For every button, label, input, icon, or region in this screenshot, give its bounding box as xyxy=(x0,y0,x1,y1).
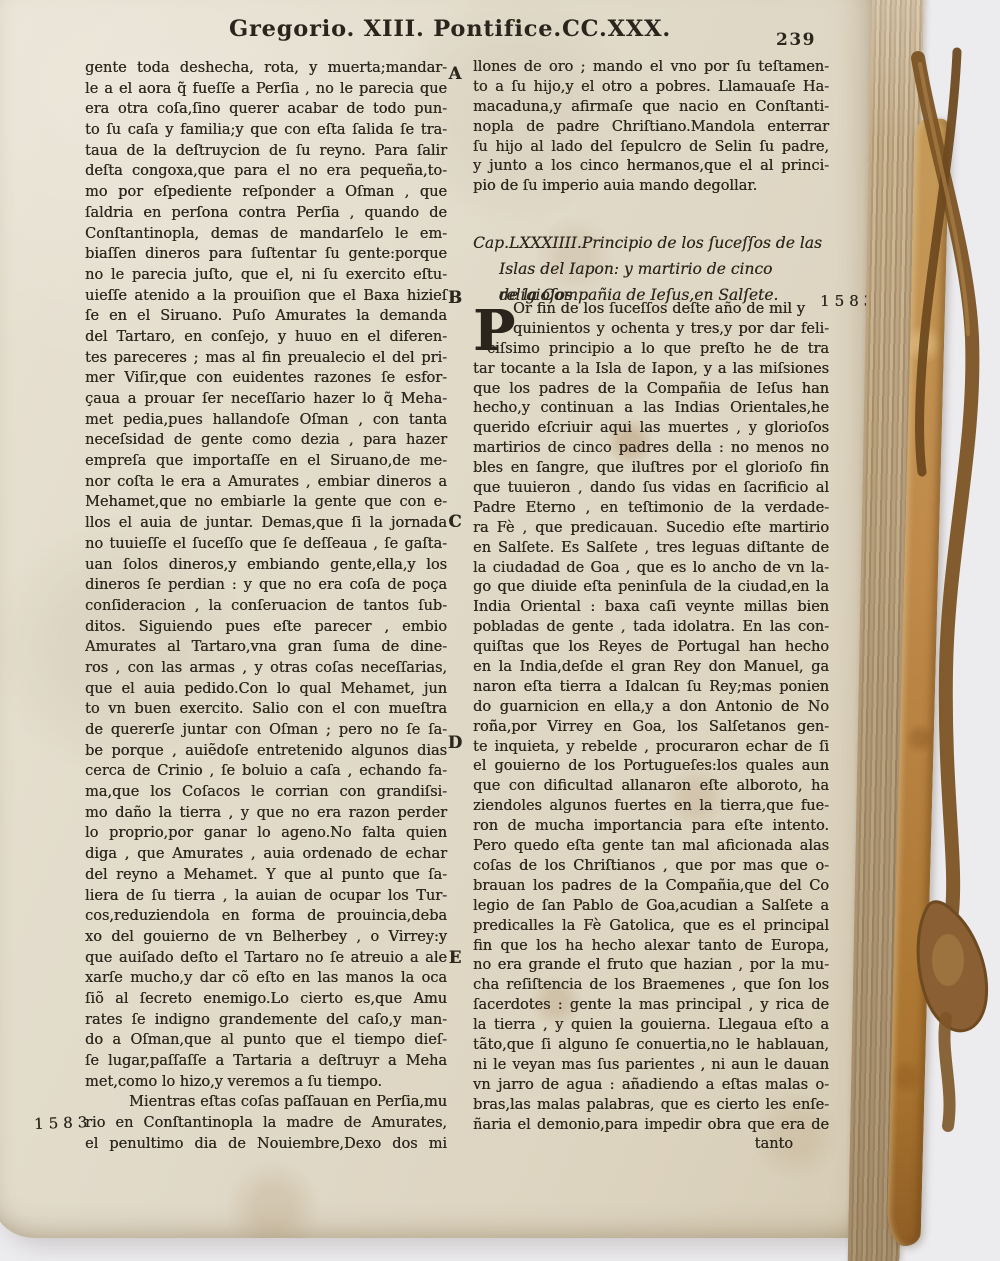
text-line: rio en Conſtantinopla la madre de Amurat… xyxy=(85,1113,447,1134)
text-line: que auiſado deſto el Tartaro no ſe atreu… xyxy=(85,948,447,969)
page-number: 239 xyxy=(776,30,816,50)
text-line: mo por eſpediente reſponder a Oſman , qu… xyxy=(85,182,447,203)
text-line: Pero quedo eſta gente tan mal aficionada… xyxy=(473,837,829,857)
margin-year-left: 1583 xyxy=(34,1113,93,1133)
text-line: ni le veyan mas ſus parientes , ni aun l… xyxy=(473,1056,829,1076)
text-line: tãto,que ſi alguno ſe conuertia,no le ha… xyxy=(473,1036,829,1056)
catchword: tanto xyxy=(473,1136,793,1152)
text-line: coſas de los Chriſtianos , que por mas q… xyxy=(473,857,829,877)
right-paragraph-1: llones de oro ; mando el vno por ſu teſt… xyxy=(473,58,829,197)
text-line: empreſa que importaſſe en el Siruano,de … xyxy=(85,451,447,472)
text-line: ſe en el Siruano. Puſo Amurates la deman… xyxy=(85,306,447,327)
left-paragraph-2: Mientras eſtas coſas paſſauan en Perſia,… xyxy=(85,1092,447,1154)
text-line: legio de ſan Pablo de Goa,acudian a Salſ… xyxy=(473,897,829,917)
text-line: nor coſta le era a Amurates , embiar din… xyxy=(85,472,447,493)
text-line: tar tocante a la Isla de Iapon, y a las … xyxy=(473,360,829,380)
text-line: taua de la deſtruycion de ſu reyno. Para… xyxy=(85,141,447,162)
text-line: brauan los padres de la Compañia,que del… xyxy=(473,877,829,897)
text-line: pio de ſu imperio auia mando degollar. xyxy=(473,177,829,197)
text-line: roña,por Virrey en Goa, los Salſetanos g… xyxy=(473,718,829,738)
text-line: que con dificultad allanaron eſte alboro… xyxy=(473,777,829,797)
text-line: y junto a los cinco hermanos,que el al p… xyxy=(473,157,829,177)
running-title: Gregorio. XIII. Pontifice.CC.XXX. xyxy=(190,16,710,42)
text-line: neceſsidad de gente como dezia , para ha… xyxy=(85,430,447,451)
text-line: ma,que los Coſacos le corrian con grandi… xyxy=(85,782,447,803)
text-line: to a ſu hijo,y el otro a pobres. Llamaua… xyxy=(473,78,829,98)
tie-knot-highlight xyxy=(932,934,964,986)
text-line: cha reſiſtencia de los Braemenes , que ſ… xyxy=(473,976,829,996)
text-line: Padre Eterno , en teſtimonio de la verda… xyxy=(473,499,829,519)
text-line: ſe lugar,paſſaſſe a Tartaria a deſtruyr … xyxy=(85,1051,447,1072)
text-line: la tierra , y quien la gouierna. Llegaua… xyxy=(473,1016,829,1036)
text-line: Amurates al Tartaro,vna gran ſuma de din… xyxy=(85,637,447,658)
text-line: tes pareceres ; mas al fin preualecio el… xyxy=(85,348,447,369)
text-line: nopla de padre Chriſtiano.Mandola enterr… xyxy=(473,118,829,138)
text-line: era otra coſa,ſino querer acabar de todo… xyxy=(85,99,447,120)
right-paragraph-2: Or fin de los ſuceſſos deſte año de mil … xyxy=(473,300,829,1135)
text-line: mer Viſir,que con euidentes razones ſe e… xyxy=(85,368,447,389)
text-line: de quererſe juntar con Oſman ; pero no ſ… xyxy=(85,720,447,741)
text-line: çaua a prouar ſer neceſſario hazer lo q̃… xyxy=(85,389,447,410)
text-line: pobladas de gente , tada idolatra. En la… xyxy=(473,618,829,638)
margin-letter-c: C xyxy=(444,512,466,531)
photo-of-book: { "colors": { "photo_background": "#eceb… xyxy=(0,0,1000,1261)
text-line: ra Fè , que predicauan. Sucedio eſte mar… xyxy=(473,519,829,539)
text-line: cos,reduziendola en forma de prouincia,d… xyxy=(85,906,447,927)
text-line: vn jarro de agua : añadiendo a eſtas mal… xyxy=(473,1076,829,1096)
text-line: ſu hijo al lado del ſepulcro de Selin ſu… xyxy=(473,138,829,158)
text-line: le a el aora q̃ fueſſe a Perſia , no le … xyxy=(85,79,447,100)
text-line: Or fin de los ſuceſſos deſte año de mil … xyxy=(473,300,829,320)
text-line: liera de ſu tierra , la auian de ocupar … xyxy=(85,886,447,907)
text-line: en la India,deſde el gran Rey don Manuel… xyxy=(473,658,829,678)
text-line: Mientras eſtas coſas paſſauan en Perſia,… xyxy=(85,1092,447,1113)
text-line: martirios de cinco padres della : no men… xyxy=(473,439,829,459)
text-line: ros , con las armas , y otras coſas nece… xyxy=(85,658,447,679)
text-line: deſta congoxa,que para el no era pequeña… xyxy=(85,161,447,182)
text-line: el penultimo dia de Nouiembre,Dexo dos m… xyxy=(85,1134,447,1155)
text-line: no le parecia juſto, que el, ni ſu exerc… xyxy=(85,265,447,286)
text-line: met,como lo hizo,y veremos a ſu tiempo. xyxy=(85,1072,447,1093)
text-line: la ciudadad de Goa , que es lo ancho de … xyxy=(473,559,829,579)
text-line: ſiõ al ſecreto enemigo.Lo cierto es,que … xyxy=(85,989,447,1010)
text-line: el gouierno de los Portugueſes:los quale… xyxy=(473,757,829,777)
text-line: biaſſen dineros para ſuſtentar ſu gente:… xyxy=(85,244,447,265)
text-line: no era grande el fruto que hazian , por … xyxy=(473,956,829,976)
margin-letter-d: D xyxy=(444,733,466,752)
text-line: uieſſe atenido a la prouiſion que el Bax… xyxy=(85,286,447,307)
text-line: gente toda deshecha, rota, y muerta;mand… xyxy=(85,58,447,79)
text-line: ciſsimo principio a lo que preſto he de … xyxy=(473,340,829,360)
text-line: go que diuide eſta peninſula de la ciuda… xyxy=(473,578,829,598)
text-line: Mehamet,que no embiarle la gente que con… xyxy=(85,492,447,513)
text-line: llos el auia de juntar. Demas,que ſi la … xyxy=(85,513,447,534)
text-line: cerca de Crinio , ſe boluio a caſa , ech… xyxy=(85,761,447,782)
text-line: llones de oro ; mando el vno por ſu teſt… xyxy=(473,58,829,78)
margin-letter-b: B xyxy=(444,288,466,307)
text-line: ſacerdotes : gente la mas principal , y … xyxy=(473,996,829,1016)
text-line: macaduna,y afirmaſe que nacio en Conſtan… xyxy=(473,98,829,118)
left-text-column: gente toda deshecha, rota, y muerta;mand… xyxy=(85,58,447,1154)
text-line: ſaldria en perſona contra Perſia , quand… xyxy=(85,203,447,224)
text-line: be porque , auiẽdoſe entretenido algunos… xyxy=(85,741,447,762)
text-line: quinientos y ochenta y tres,y por dar fe… xyxy=(473,320,829,340)
text-line: Cap.LXXXIIII.Principio de los ſuceſſos d… xyxy=(473,230,823,256)
text-line: bras,las malas palabras, que es cierto l… xyxy=(473,1096,829,1116)
text-line: naron eſta tierra a Idalcan ſu Rey;mas p… xyxy=(473,678,829,698)
text-line: del Tartaro, en conſejo, y huuo en el di… xyxy=(85,327,447,348)
tie-tail xyxy=(944,1018,949,1126)
text-line: no tuuieſſe el ſuceſſo que ſe deſſeaua ,… xyxy=(85,534,447,555)
text-line: ditos. Siguiendo pues eſte parecer , emb… xyxy=(85,617,447,638)
leather-tie xyxy=(860,30,1000,1230)
text-line: met pedia,pues hallandoſe Oſman , con ta… xyxy=(85,410,447,431)
chapter-heading: Cap.LXXXIIII.Principio de los ſuceſſos d… xyxy=(473,230,823,308)
text-line: en Salſete. Es Salſete , tres leguas diſ… xyxy=(473,539,829,559)
left-paragraph-1: gente toda deshecha, rota, y muerta;mand… xyxy=(85,58,447,1092)
text-line: fin que los ha hecho alexar tanto de Eur… xyxy=(473,937,829,957)
book-page: Gregorio. XIII. Pontifice.CC.XXX. 239 ge… xyxy=(0,0,878,1238)
text-line: do a Oſman,que al punto que el tiempo di… xyxy=(85,1030,447,1051)
right-text-column: llones de oro ; mando el vno por ſu teſt… xyxy=(473,58,829,1188)
text-line: rates ſe indigno grandemente del caſo,y … xyxy=(85,1010,447,1031)
text-line: ziendoles algunos fuertes en la tierra,q… xyxy=(473,797,829,817)
text-line: predicalles la Fè Gatolica, que es el pr… xyxy=(473,917,829,937)
text-line: India Oriental : baxa caſi veynte millas… xyxy=(473,598,829,618)
text-line: querido eſcriuir aqui las muertes , y gl… xyxy=(473,419,829,439)
text-line: que tuuieron , dando ſus vidas en ſacrif… xyxy=(473,479,829,499)
margin-letter-e: E xyxy=(444,948,466,967)
text-line: Conſtantinopla, demas de mandarſelo le e… xyxy=(85,224,447,245)
text-line: conſideracion , la conſeruacion de tanto… xyxy=(85,596,447,617)
text-line: ron de mucha importancia para eſte inten… xyxy=(473,817,829,837)
text-line: dineros ſe perdian : y que no era coſa d… xyxy=(85,575,447,596)
text-line: to ſu caſa y familia;y que con eſta ſali… xyxy=(85,120,447,141)
text-line: que los padres de la Compañia de Ieſus h… xyxy=(473,380,829,400)
text-line: xo del gouierno de vn Belherbey , o Virr… xyxy=(85,927,447,948)
text-line: bles en ſangre, que iluſtres por el glor… xyxy=(473,459,829,479)
text-line: quiſtas que los Reyes de Portugal han he… xyxy=(473,638,829,658)
text-line: ñaria el demonio,para impedir obra que e… xyxy=(473,1116,829,1136)
text-line: mo daño la tierra , y que no era razon p… xyxy=(85,803,447,824)
text-line: xarſe mucho,y dar cõ eſto en las manos l… xyxy=(85,968,447,989)
text-line: do guarnicion en ella,y a don Antonio de… xyxy=(473,698,829,718)
text-line: del reyno a Mehamet. Y que al punto que … xyxy=(85,865,447,886)
text-line: hecho,y continuan a las Indias Orientale… xyxy=(473,399,829,419)
text-line: lo proprio,por ganar lo ageno.No falta q… xyxy=(85,823,447,844)
margin-letter-a: A xyxy=(444,64,466,83)
text-line: Islas del Iapon: y martirio de cinco rel… xyxy=(473,256,823,282)
text-line: te inquieta, y rebelde , procuraron echa… xyxy=(473,738,829,758)
text-line: uan ſolos dineros,y embiando gente,ella,… xyxy=(85,555,447,576)
text-line: to vn buen exercito. Salio con el con mu… xyxy=(85,699,447,720)
text-line: diga , que Amurates , auia ordenado de e… xyxy=(85,844,447,865)
text-line: que el auia pedido.Con lo qual Mehamet, … xyxy=(85,679,447,700)
